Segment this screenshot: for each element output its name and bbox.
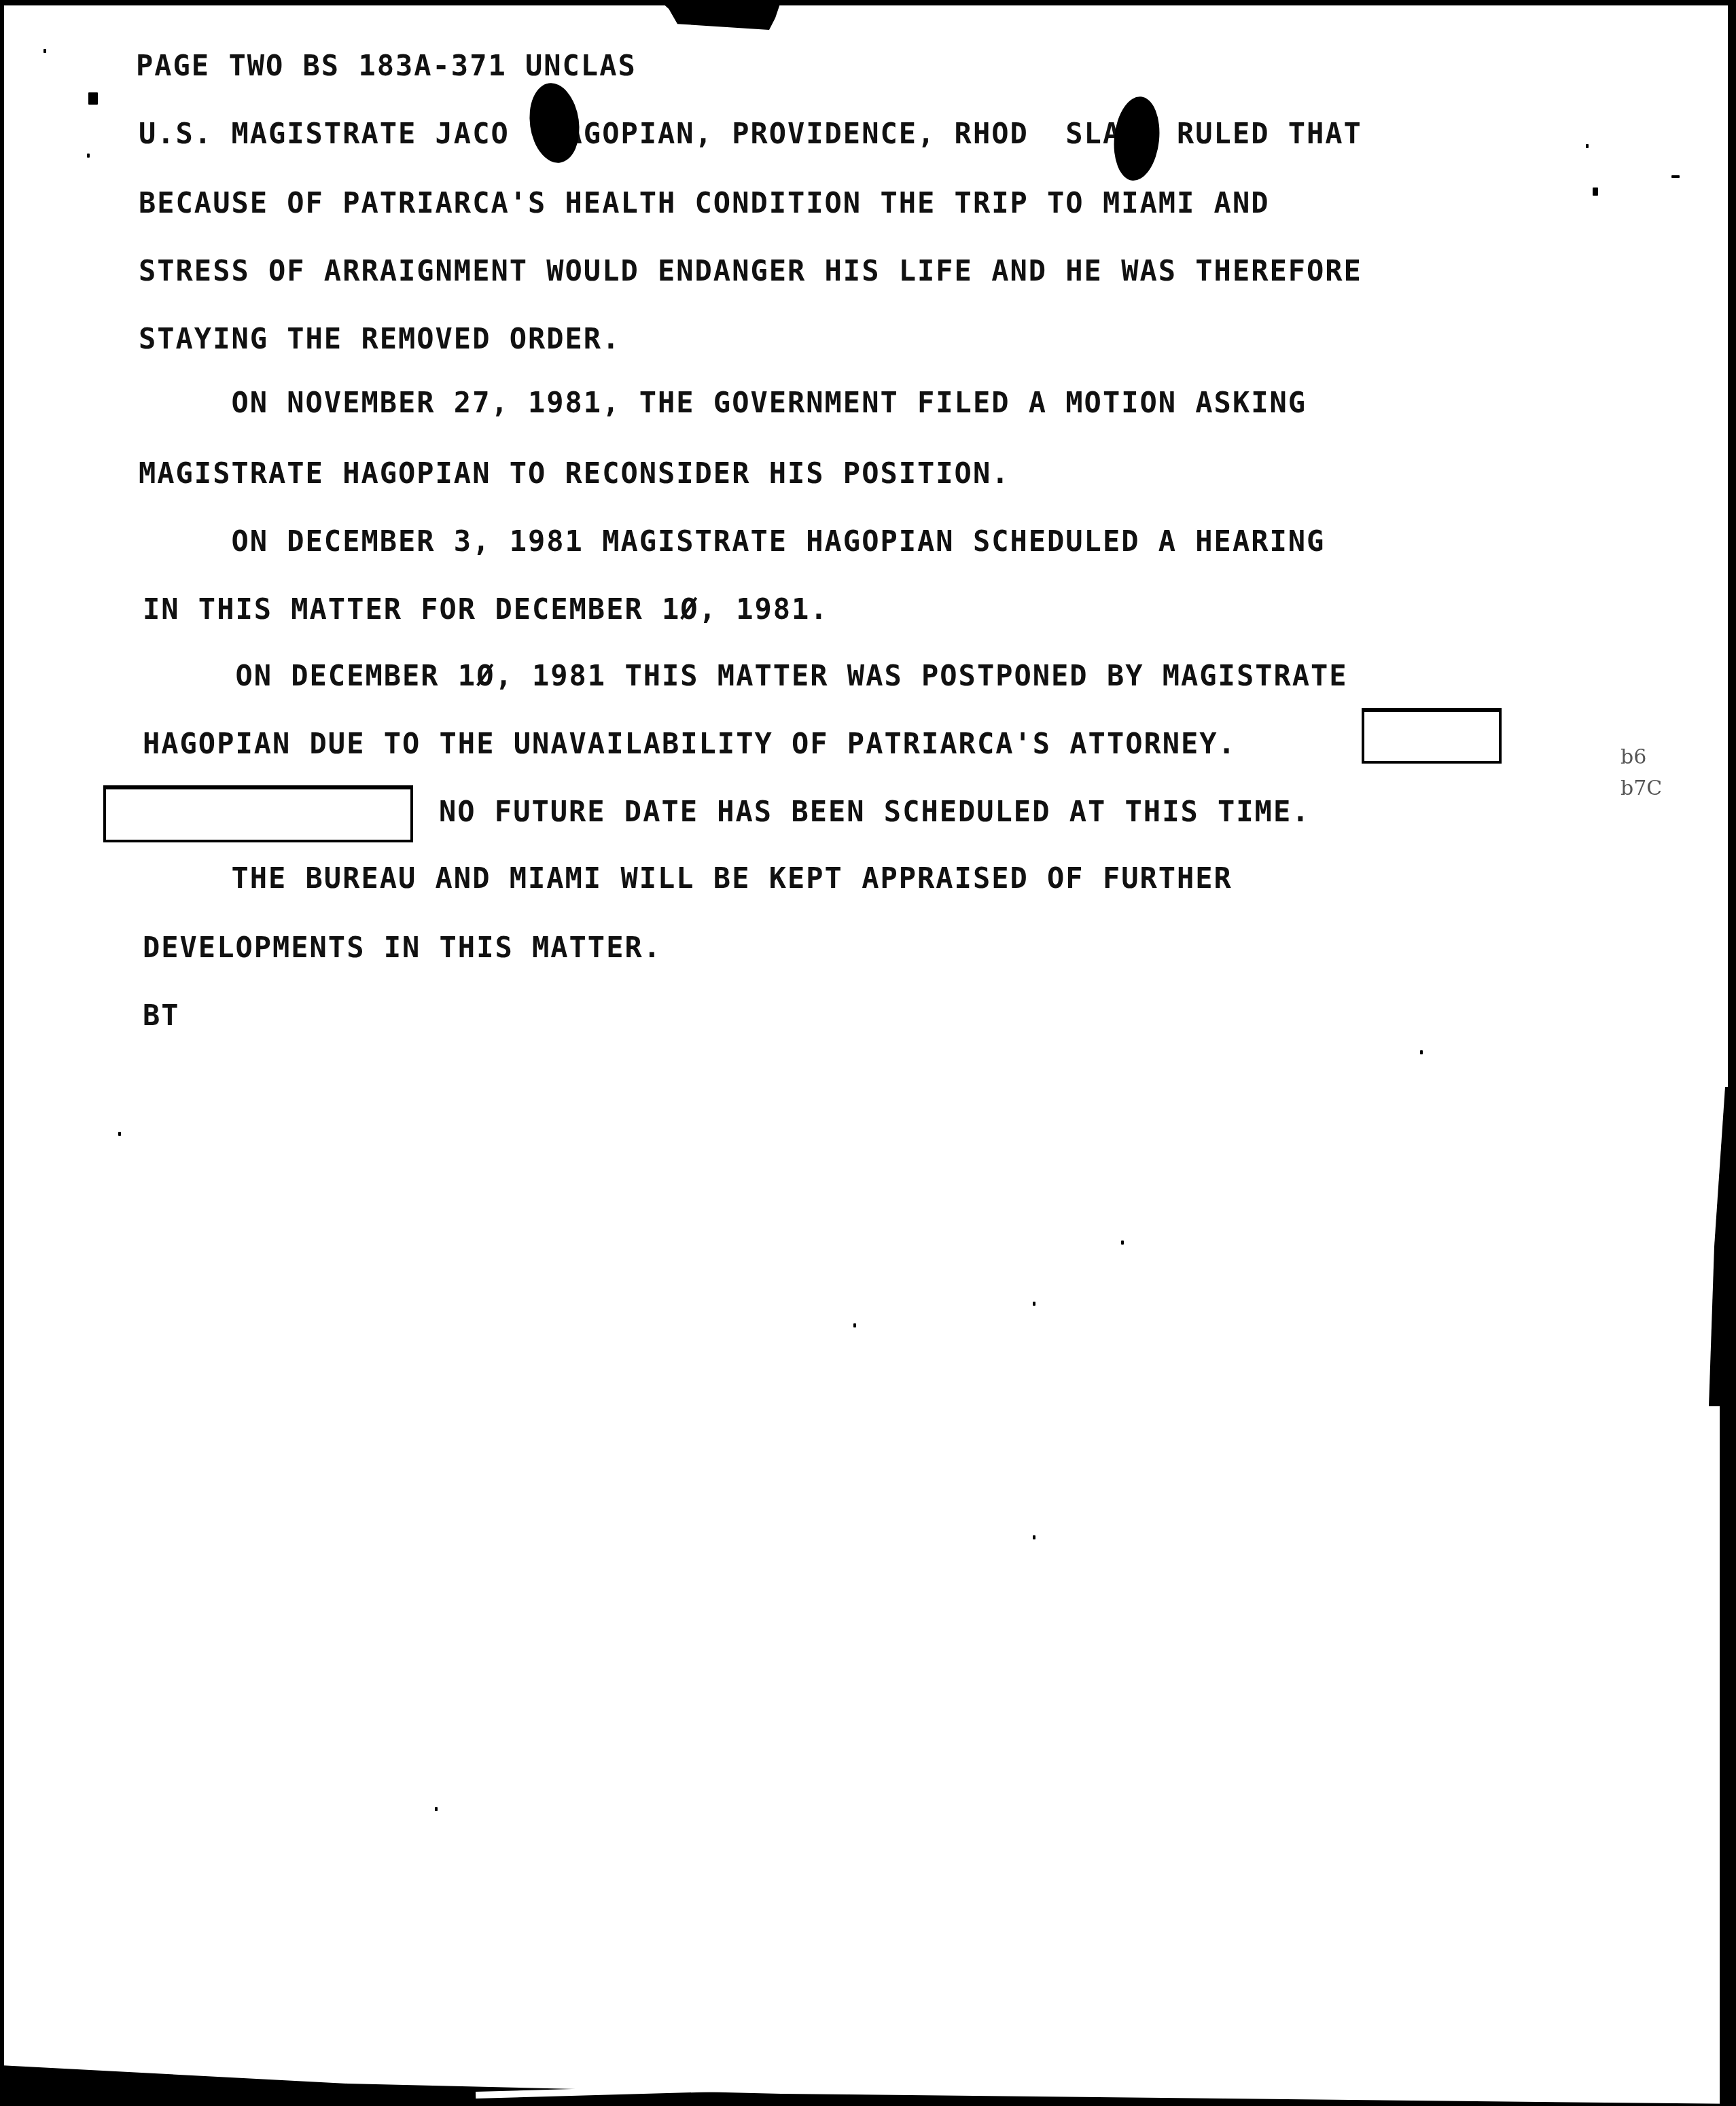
redaction-box [103,785,413,842]
exemption-code-b7c: b7C [1620,776,1662,802]
text-line-8: IN THIS MATTER FOR DECEMBER 1Ø, 1981. [143,595,829,624]
scan-speck [88,92,98,105]
scan-edge-left [0,0,4,2106]
scan-speck [1033,1302,1035,1306]
text-line-4: STAYING THE REMOVED ORDER. [139,325,620,353]
text-line-14: BT [143,1001,180,1030]
scan-speck [1420,1050,1423,1054]
document-header: PAGE TWO BS 183A-371 UNCLAS [136,52,637,80]
scan-speck [87,154,90,158]
scan-speck [853,1323,856,1327]
scan-speck [1593,188,1598,196]
scan-edge-top [0,0,1736,5]
scan-artifact-right [1709,1087,1736,1406]
text-line-2: BECAUSE OF PATRIARCA'S HEALTH CONDITION … [139,189,1269,217]
scan-speck [1671,175,1680,178]
scan-speck [43,49,46,53]
scanned-document-page: PAGE TWO BS 183A-371 UNCLAS U.S. MAGISTR… [0,0,1736,2106]
exemption-code-b6: b6 [1620,745,1646,770]
text-line-11: NO FUTURE DATE HAS BEEN SCHEDULED AT THI… [439,798,1310,826]
scan-speck [1121,1241,1124,1245]
scan-speck [1586,144,1589,148]
scan-speck [1033,1535,1035,1539]
text-line-5: ON NOVEMBER 27, 1981, THE GOVERNMENT FIL… [139,389,1307,417]
ink-blot [525,80,584,166]
text-line-10: HAGOPIAN DUE TO THE UNAVAILABILITY OF PA… [143,730,1237,758]
text-line-1: U.S. MAGISTRATE JACO HAGOPIAN, PROVIDENC… [139,120,1362,148]
scan-artifact-top [659,0,781,30]
scan-edge-right-lower [1720,1399,1736,2106]
scan-edge-bottom [0,2065,1736,2106]
text-line-3: STRESS OF ARRAIGNMENT WOULD ENDANGER HIS… [139,257,1362,285]
scan-speck [435,1807,438,1811]
text-line-12: THE BUREAU AND MIAMI WILL BE KEPT APPRAI… [139,864,1233,893]
text-line-9: ON DECEMBER 1Ø, 1981 THIS MATTER WAS POS… [143,662,1348,690]
redaction-box [1362,708,1502,764]
text-line-7: ON DECEMBER 3, 1981 MAGISTRATE HAGOPIAN … [139,527,1325,556]
text-line-6: MAGISTRATE HAGOPIAN TO RECONSIDER HIS PO… [139,459,1010,488]
text-line-13: DEVELOPMENTS IN THIS MATTER. [143,933,662,962]
ink-blot [1110,94,1164,183]
scan-speck [118,1132,121,1136]
